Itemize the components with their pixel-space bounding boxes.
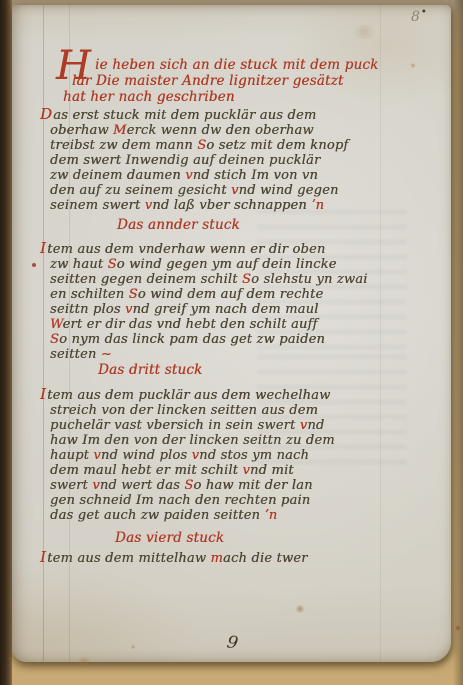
text-segment: ert er dir das vnd hebt den schilt auff [63,317,318,332]
rubric-segment: v [242,463,250,478]
rubric-segment: v [192,448,200,463]
rubric-segment: S [197,138,206,153]
text-line: Item aus dem vnderhaw wenn er dir oben [50,241,402,257]
text-line: Item aus dem mittelhaw mach die twer [50,550,402,566]
section-heading: Das vierd stuck [115,530,402,546]
rubric-segment: S [129,287,138,302]
text-line: das get auch zw paiden seitten ʼn [50,508,402,523]
rubric-segment: S [242,272,251,287]
text-segment: o nym das linck pam das get zw paiden [59,332,325,347]
text-segment: seittn plos [50,302,125,317]
text-segment: streich von der lincken seitten aus dem [50,403,318,418]
rubric-title-line: hat her nach geschriben [63,89,402,105]
rubric-segment: D [40,107,53,122]
rubric-segment: ʼn [311,198,324,213]
text-segment: den auf zu seinem gesicht [50,183,231,198]
text-line: seitten ~ [50,347,402,362]
rubric-segment: ʼn [264,508,277,523]
text-segment: tem aus dem vnderhaw wenn er dir oben [47,242,325,257]
stain-spot [76,657,92,667]
text-segment: dem maul hebt er mit schilt [50,463,242,478]
text-segment: nd wert das [100,478,185,493]
text-segment: oberhaw [50,123,113,138]
text-line: oberhaw Merck wenn dw den oberhaw [50,123,402,138]
stain-spot [130,645,136,649]
text-line: dem maul hebt er mit schilt vnd mit [50,463,402,478]
stain-spot [295,605,305,613]
rubric-segment: v [125,302,133,317]
text-line: en schilten So wind dem auf dem rechte [50,287,402,302]
rubric-initial: H [56,51,91,81]
text-line: den auf zu seinem gesicht vnd wind gegen [50,183,402,198]
rubric-title-line: lär Die maister Andre lignitzer gesätzt [72,73,402,89]
text-segment: zw haut [50,257,108,272]
section-heading: Das annder stuck [117,217,402,233]
paragraph: Item aus dem vnderhaw wenn er dir obenzw… [50,241,402,362]
rubric-segment: ~ [101,347,112,362]
rubric-segment: S [108,257,117,272]
paragraph: Item aus dem mittelhaw mach die twer [50,550,402,566]
folio-dot: • [421,7,428,18]
text-segment: tem aus dem mittelhaw [47,551,210,566]
text-segment: dem swert Inwendig auf deinen pucklär [50,153,320,168]
text-line: haw Im den von der lincken seittn zu dem [50,433,402,448]
text-line: Item aus dem pucklär aus dem wechelhaw [50,387,402,403]
text-segment: nd laß vber schnappen [152,198,311,213]
text-segment: gen schneid Im nach den rechten pain [50,493,310,508]
rubric-segment: M [113,123,127,138]
paragraph: Item aus dem pucklär aus dem wechelhawst… [50,387,402,523]
stain-spot [350,25,378,39]
text-segment: nd stos ym nach [199,448,309,463]
text-line: streich von der lincken seitten aus dem [50,403,402,418]
text-segment: seitten [50,347,101,362]
photo-backdrop: 8• Hie heben sich an die stuck mit dem p… [0,0,463,685]
text-line: Das erst stuck mit dem pucklär aus dem [50,107,402,123]
text-segment: o wind gegen ym auf dein lincke [117,257,337,272]
folio-number: 8• [411,7,428,25]
rubric-segment: S [50,332,59,347]
text-segment: erck wenn dw den oberhaw [127,123,314,138]
rubric-segment: v [93,448,101,463]
red-ink-dot [32,263,36,267]
text-segment: swert [50,478,92,493]
text-segment: nd mit [250,463,294,478]
text-segment: treibst zw dem mann [50,138,197,153]
text-segment: o wind dem auf dem rechte [138,287,324,302]
text-line: seittn plos vnd greif ym nach dem maul [50,302,402,317]
manuscript-page: 8• Hie heben sich an die stuck mit dem p… [12,5,451,662]
text-line: So nym das linck pam das get zw paiden [50,332,402,347]
text-line: swert vnd wert das So haw mit der lan [50,478,402,493]
rubric-segment: v [231,183,239,198]
text-segment: tem aus dem pucklär aus dem wechelhaw [47,388,330,403]
text-line: Wert er dir das vnd hebt den schilt auff [50,317,402,332]
text-segment: nd greif ym nach dem maul [133,302,319,317]
text-line: treibst zw dem mann So setz mit dem knop… [50,138,402,153]
text-segment: haupt [50,448,93,463]
text-segment: o haw mit der lan [193,478,312,493]
text-segment: as erst stuck mit dem pucklär aus dem [53,108,316,123]
text-line: zw deinem daumen vnd stich Im von vn [50,168,402,183]
section-heading: Das dritt stuck [98,362,402,378]
stain-spot [455,625,461,631]
text-segment: puchelär vast vbersich in sein swert [50,418,300,433]
stain-spot [410,63,416,68]
text-segment: nd wind plos [101,448,192,463]
text-segment: nd stich Im von vn [193,168,318,183]
text-segment: zw deinem daumen [50,168,185,183]
folio-digit: 8 [411,9,421,25]
text-line: dem swert Inwendig auf deinen pucklär [50,153,402,168]
text-segment: haw Im den von der lincken seittn zu dem [50,433,335,448]
text-segment: o slehstu yn zwai [251,272,367,287]
text-segment: o setz mit dem knopf [206,138,348,153]
paragraph: Das erst stuck mit dem pucklär aus demob… [50,107,402,213]
text-line: puchelär vast vbersich in sein swert vnd [50,418,402,433]
text-segment: en schilten [50,287,129,302]
rubric-segment: m [211,551,224,566]
book-gutter-edge [0,0,12,685]
text-line: seitten gegen deinem schilt So slehstu y… [50,272,402,287]
text-segment: das get auch zw paiden seitten [50,508,264,523]
rubric-title-line: ie heben sich an die stuck mit dem puck [95,57,402,73]
text-line: gen schneid Im nach den rechten pain [50,493,402,508]
text-segment: seitten gegen deinem schilt [50,272,242,287]
rubric-title: Hie heben sich an die stuck mit dem puck… [50,57,402,105]
text-line: haupt vnd wind plos vnd stos ym nach [50,448,402,463]
text-segment: ach die twer [223,551,308,566]
text-line: seinem swert vnd laß vber schnappen ʼn [50,198,402,213]
text-segment: seinem swert [50,198,145,213]
quire-signature: 9 [225,632,239,654]
text-segment: nd wind gegen [239,183,339,198]
text-segment: nd [307,418,324,433]
text-line: zw haut So wind gegen ym auf dein lincke [50,257,402,272]
rubric-segment: v [185,168,193,183]
rubric-segment: W [50,317,63,332]
rubric-segment: v [92,478,100,493]
text-block: Hie heben sich an die stuck mit dem puck… [50,57,402,566]
